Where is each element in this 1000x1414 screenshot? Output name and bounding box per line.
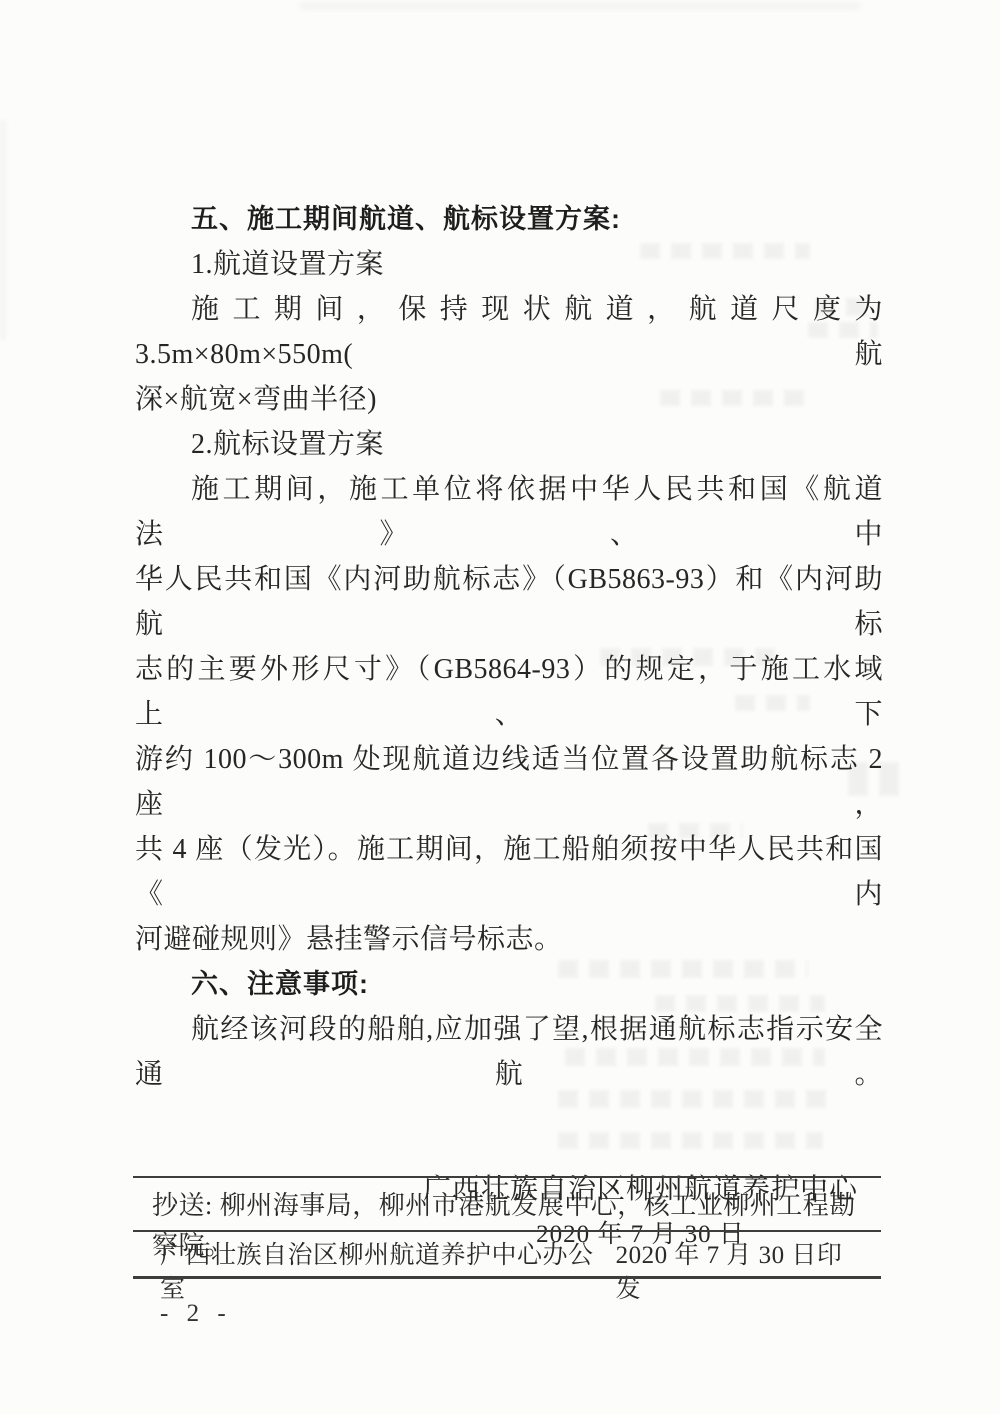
- paragraph-line: 航经该河段的船舶,应加强了望,根据通航标志指示安全通航。: [135, 1007, 883, 1097]
- paragraph-line: 深×航宽×弯曲半径): [135, 377, 883, 422]
- subsection1-title: 1.航道设置方案: [135, 242, 883, 287]
- subsection2-title: 2.航标设置方案: [135, 422, 883, 467]
- issuing-office: 广西壮族自治区柳州航道养护中心办公室: [160, 1239, 616, 1307]
- print-date: 2020 年 7 月 30 日印发: [616, 1239, 866, 1307]
- paragraph-line: 志的主要外形尺寸》（GB5864-93）的规定，于施工水域上、下: [135, 647, 883, 737]
- issuing-line: 广西壮族自治区柳州航道养护中心办公室 2020 年 7 月 30 日印发: [160, 1239, 866, 1307]
- paragraph-line: 施工期间，施工单位将依据中华人民共和国《航道法》、中: [135, 467, 883, 557]
- document-page: 五、施工期间航道、航标设置方案: 1.航道设置方案 施工期间，保持现状航道，航道…: [0, 0, 1000, 1414]
- paragraph-line: 河避碰规则》悬挂警示信号标志。: [135, 917, 883, 962]
- paragraph-line: 施工期间，保持现状航道，航道尺度为 3.5m×80m×550m(航: [135, 287, 883, 377]
- paragraph-line: 共 4 座（发光）。施工期间，施工船舶须按中华人民共和国《内: [135, 827, 883, 917]
- section5-heading: 五、施工期间航道、航标设置方案:: [135, 197, 883, 242]
- footer-divider-bottom: [133, 1276, 881, 1279]
- section6-heading: 六、注意事项:: [135, 962, 883, 1007]
- footer-divider-middle: [133, 1230, 881, 1232]
- page-number: - 2 -: [160, 1300, 232, 1328]
- footer-divider-top: [133, 1176, 881, 1178]
- scan-smudge: [300, 2, 860, 10]
- scan-smudge: [0, 120, 6, 340]
- paragraph-line: 游约 100～300m 处现航道边线适当位置各设置助航标志 2 座，: [135, 737, 883, 827]
- document-body: 五、施工期间航道、航标设置方案: 1.航道设置方案 施工期间，保持现状航道，航道…: [135, 197, 883, 1257]
- paragraph-line: 华人民共和国《内河助航标志》（GB5863-93）和《内河助航标: [135, 557, 883, 647]
